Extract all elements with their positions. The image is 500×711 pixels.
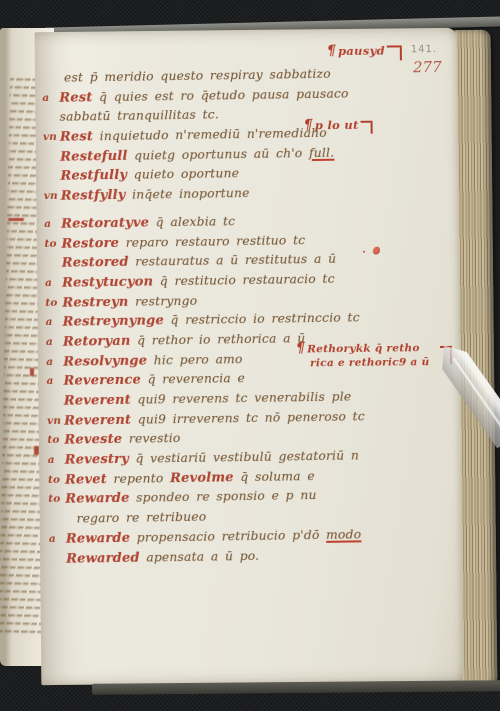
entry-headword: Restore <box>61 235 119 251</box>
previous-page-red-mark <box>30 368 34 376</box>
entry-headword: Restreynynge <box>63 313 165 330</box>
margin-marker: a <box>46 375 53 387</box>
margin-marker: to <box>48 474 60 486</box>
entry-headword: Restreyn <box>62 294 128 310</box>
entry-headword: Reveste <box>64 432 122 448</box>
entry-headword: Rewarded <box>66 550 140 566</box>
entry-text: qui9 irreverens tc nō peneroso tc <box>131 409 365 426</box>
manuscript-photo: 141. 277 ¶pausyd ¶p lo ut ¶Rethorykk q̄ … <box>0 0 500 711</box>
margin-marker: vn <box>43 131 57 143</box>
entry-text: inq̄ete inoportune <box>125 186 249 202</box>
entry-text: quietg oportunus aū ch'o <box>127 146 309 163</box>
margin-marker: to <box>44 237 56 249</box>
margin-marker: to <box>45 296 57 308</box>
entry-text: sabbatū tranquillitas tc. <box>59 108 219 124</box>
margin-marker: a <box>49 533 56 545</box>
text-block: est p̄ meridio questo respiray sabbatizo… <box>42 65 449 571</box>
entry-headword: Restfully <box>60 168 127 184</box>
entry-text: restauratus a ū restitutus a ū <box>129 252 337 269</box>
entry-text: qui9 reverens tc venerabilis ple <box>131 389 352 406</box>
entry-text: spondeo re sponsio e p nu <box>129 488 316 505</box>
entry-headword: Restoratyve <box>61 215 149 231</box>
entry-text: q̄ soluma e <box>234 469 315 484</box>
entry-text: q̄ vestiariū vestibulū gestatoriū n <box>129 448 359 465</box>
margin-marker: a <box>46 316 53 328</box>
entry-text: est p̄ meridio questo respiray sabbatizo <box>64 67 331 85</box>
entry-text: restryngo <box>128 293 197 308</box>
marginal-note-pausyd: ¶pausyd <box>327 42 402 61</box>
entry-text: repento <box>107 471 170 486</box>
margin-marker: a <box>46 356 53 368</box>
entry-headword: Rest <box>59 90 92 105</box>
margin-marker: a <box>45 277 52 289</box>
entry-text: quieto oportune <box>127 167 239 183</box>
entry-headword: Reverence <box>63 373 141 389</box>
entry-headword: Reverent <box>64 393 131 409</box>
margin-marker: to <box>48 493 60 505</box>
entry-text: hic pero amo <box>147 352 243 367</box>
entry-headword: Restfylly <box>61 188 126 204</box>
entry-headword: Retoryan <box>63 334 131 350</box>
entry-text: q̄ reverencia e <box>141 371 245 387</box>
entry-headword: Restefull <box>60 149 128 165</box>
entry-headword: Revet <box>65 472 107 488</box>
margin-marker: vn <box>44 190 58 202</box>
red-bracket-icon <box>387 45 402 60</box>
entry-text: q̄ rethor io rethorica a ū <box>130 331 305 348</box>
previous-page-red-mark <box>8 218 24 221</box>
manuscript-page: 141. 277 ¶pausyd ¶p lo ut ¶Rethorykk q̄ … <box>35 28 464 685</box>
margin-marker: a <box>48 454 55 466</box>
entry-text: q̄ quies est ro q̄etudo pausa pausaco <box>92 86 348 104</box>
entry-text: propensacio retribucio p'dō <box>130 528 326 545</box>
margin-marker: a <box>44 218 51 230</box>
book-bottom-board-edge <box>92 680 500 695</box>
entry-text: revestio <box>122 431 180 446</box>
folio-number-pencil: 141. <box>411 44 437 55</box>
margin-marker: to <box>47 434 59 446</box>
entry-headword: Reverent <box>64 412 131 428</box>
entry-text: apensata a ū po. <box>140 548 260 564</box>
entry-text: modo <box>326 527 361 542</box>
entry-headword: Rewarde <box>65 491 130 507</box>
margin-marker: vn <box>47 414 61 426</box>
entry-text: q̄ alexbia tc <box>149 214 235 229</box>
entry-text: q̄ restriccio io restrinccio tc <box>164 311 360 328</box>
entry-text: Revolme <box>170 470 234 486</box>
marginal-note-text: pausyd <box>338 44 385 58</box>
entry-text: inquietudo n'remediū n'remediaho <box>93 126 327 143</box>
entry-text: regaro re retribueo <box>76 510 206 526</box>
paraph-mark-icon: ¶ <box>327 43 336 59</box>
entry-headword: Resolvynge <box>63 353 147 369</box>
entry-text: reparo restauro restituo tc <box>119 233 305 250</box>
margin-marker: a <box>42 92 49 104</box>
entry-headword: Rewarde <box>66 531 131 547</box>
entry-text: full. <box>309 145 334 159</box>
entry-headword: Restytucyon <box>62 274 153 290</box>
entry-headword: Revestry <box>65 452 129 468</box>
entry-text: q̄ restitucio restauracio tc <box>153 272 335 289</box>
entry-headword: Restored <box>62 255 129 271</box>
entry-headword: Rest <box>60 129 93 144</box>
margin-marker: a <box>46 336 53 348</box>
